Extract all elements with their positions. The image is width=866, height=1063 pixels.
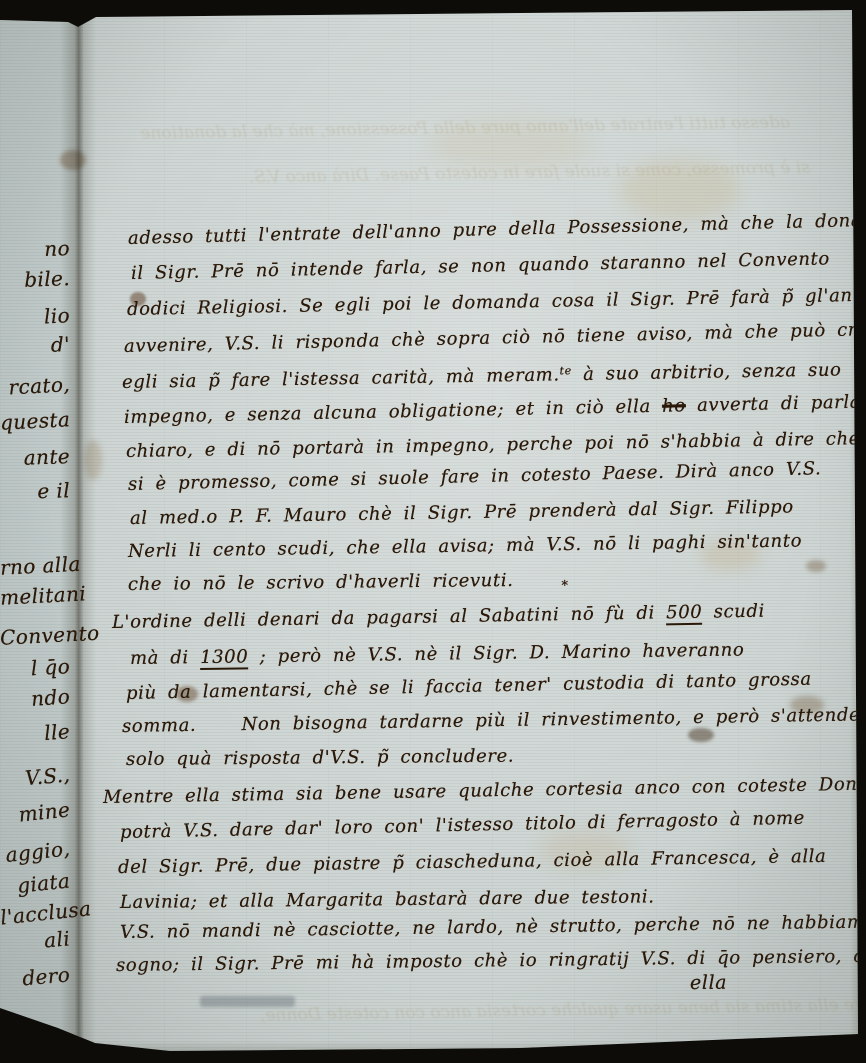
line-text: scudi: [702, 601, 765, 623]
manuscript-line: avvenire, V.S. li risponda chè sopra ciò…: [124, 318, 866, 357]
line-text: mà di: [130, 647, 200, 669]
manuscript-line: potrà V.S. dare dar' loro con' l'istesso…: [120, 808, 805, 843]
manuscript-line: dodici Religiosi. Se egli poi le domanda…: [127, 285, 866, 320]
line-text: ; però nè V.S. nè il Sigr. D. Marino hav…: [248, 639, 744, 667]
facing-page-fragment: ndo: [0, 684, 74, 713]
facing-page-fragment: l q̄o: [0, 654, 74, 682]
manuscript-line: Mentre ella stima sia bene usare qualche…: [103, 773, 866, 808]
manuscript-line: il Sigr. Prē nō intende farla, se non qu…: [131, 248, 830, 284]
manuscript-line: Lavinia; et alla Margarita bastarà dare …: [120, 886, 655, 913]
manuscript-line: sogno; il Sigr. Prē mi hà imposto chè io…: [116, 946, 866, 976]
manuscript-line: che io nō le scrivo d'haverli ricevuti.⁎: [128, 569, 569, 595]
line-text: egli sia p̃ fare l'istessa carità, mà me…: [122, 364, 560, 393]
line-text: che io nō le scrivo d'haverli ricevuti.: [128, 570, 514, 595]
facing-page-fragment: rno alla: [0, 552, 74, 580]
manuscript-line: V.S. nō mandi nè casciotte, ne lardo, nè…: [120, 911, 866, 943]
manuscript-line: egli sia p̃ fare l'istessa carità, mà me…: [122, 359, 842, 393]
line-text: L'ordine delli denari da pagarsi al Saba…: [112, 602, 667, 633]
ink-blot: [806, 560, 826, 572]
facing-page-fragment: lle: [0, 719, 74, 748]
manuscript-line: somma. Non bisogna tardarne più il rinve…: [122, 704, 866, 737]
manuscript-line: Nerli li cento scudi, che ella avisa; mà…: [128, 530, 802, 562]
facing-page-fragment: d': [0, 332, 73, 359]
paper-spread: adesso tutti l'entrate dell'anno pure de…: [0, 0, 866, 1063]
manuscript-line: adesso tutti l'entrate dell'anno pure de…: [128, 209, 866, 249]
manuscript-line: al med.o P. F. Mauro chè il Sigr. Prē pr…: [130, 496, 794, 529]
underlined-amount: 500: [666, 602, 703, 626]
manuscript-scan: { "colors": { "paper": "#cbd2cf", "ink":…: [0, 0, 866, 1063]
facing-page-fragment: melitani: [0, 582, 74, 610]
facing-page-fragment: lio: [0, 303, 74, 331]
line-text: impegno, e senza alcuna obligatione; et …: [124, 396, 663, 428]
crossed-out-word: ho: [662, 395, 686, 416]
bleedthrough-text: Mentre ella stima sia bene usare qualche…: [260, 994, 866, 1025]
catchword: ella: [690, 972, 727, 994]
facing-page-fragment: ante: [0, 444, 73, 471]
facing-page-fragment: rcato,: [0, 372, 74, 400]
line-text: à suo arbitrio, senza suo: [572, 359, 842, 385]
superscript-abbreviation: te: [560, 364, 572, 377]
asterisk-mark: ⁎: [513, 574, 568, 590]
manuscript-line: L'ordine delli denari da pagarsi al Saba…: [112, 601, 765, 633]
facing-page-fragment: e il: [0, 478, 73, 505]
facing-page-fragment: questa: [0, 407, 74, 435]
manuscript-line: impegno, e senza alcuna obligatione; et …: [124, 391, 866, 428]
manuscript-line: chiaro, e di nō portarà in impegno, perc…: [126, 428, 860, 462]
line-text: avverta di parlar': [686, 391, 866, 416]
facing-page-fragment: bile.: [0, 266, 73, 293]
bleedthrough-text: adesso tutti l'entrate dell'anno pure de…: [150, 112, 790, 143]
manuscript-line: solo quà risposta d'V.S. p̃ concludere.: [126, 746, 514, 770]
bleedthrough-text: si è promesso, come si suole fare in cot…: [210, 158, 810, 188]
manuscript-line: si è promesso, come si suole fare in cot…: [128, 458, 822, 495]
manuscript-line: più da lamentarsi, chè se li faccia tene…: [126, 669, 812, 704]
manuscript-line: mà di 1300 ; però nè V.S. nè il Sigr. D.…: [130, 639, 745, 669]
underlined-amount: 1300: [200, 646, 249, 670]
manuscript-line: del Sigr. Prē, due piastre p̃ ciaschedun…: [118, 846, 827, 878]
ink-blot: [688, 728, 714, 742]
facing-page-fragment: no: [0, 236, 73, 263]
facing-page-fragment: Convento: [0, 622, 74, 650]
